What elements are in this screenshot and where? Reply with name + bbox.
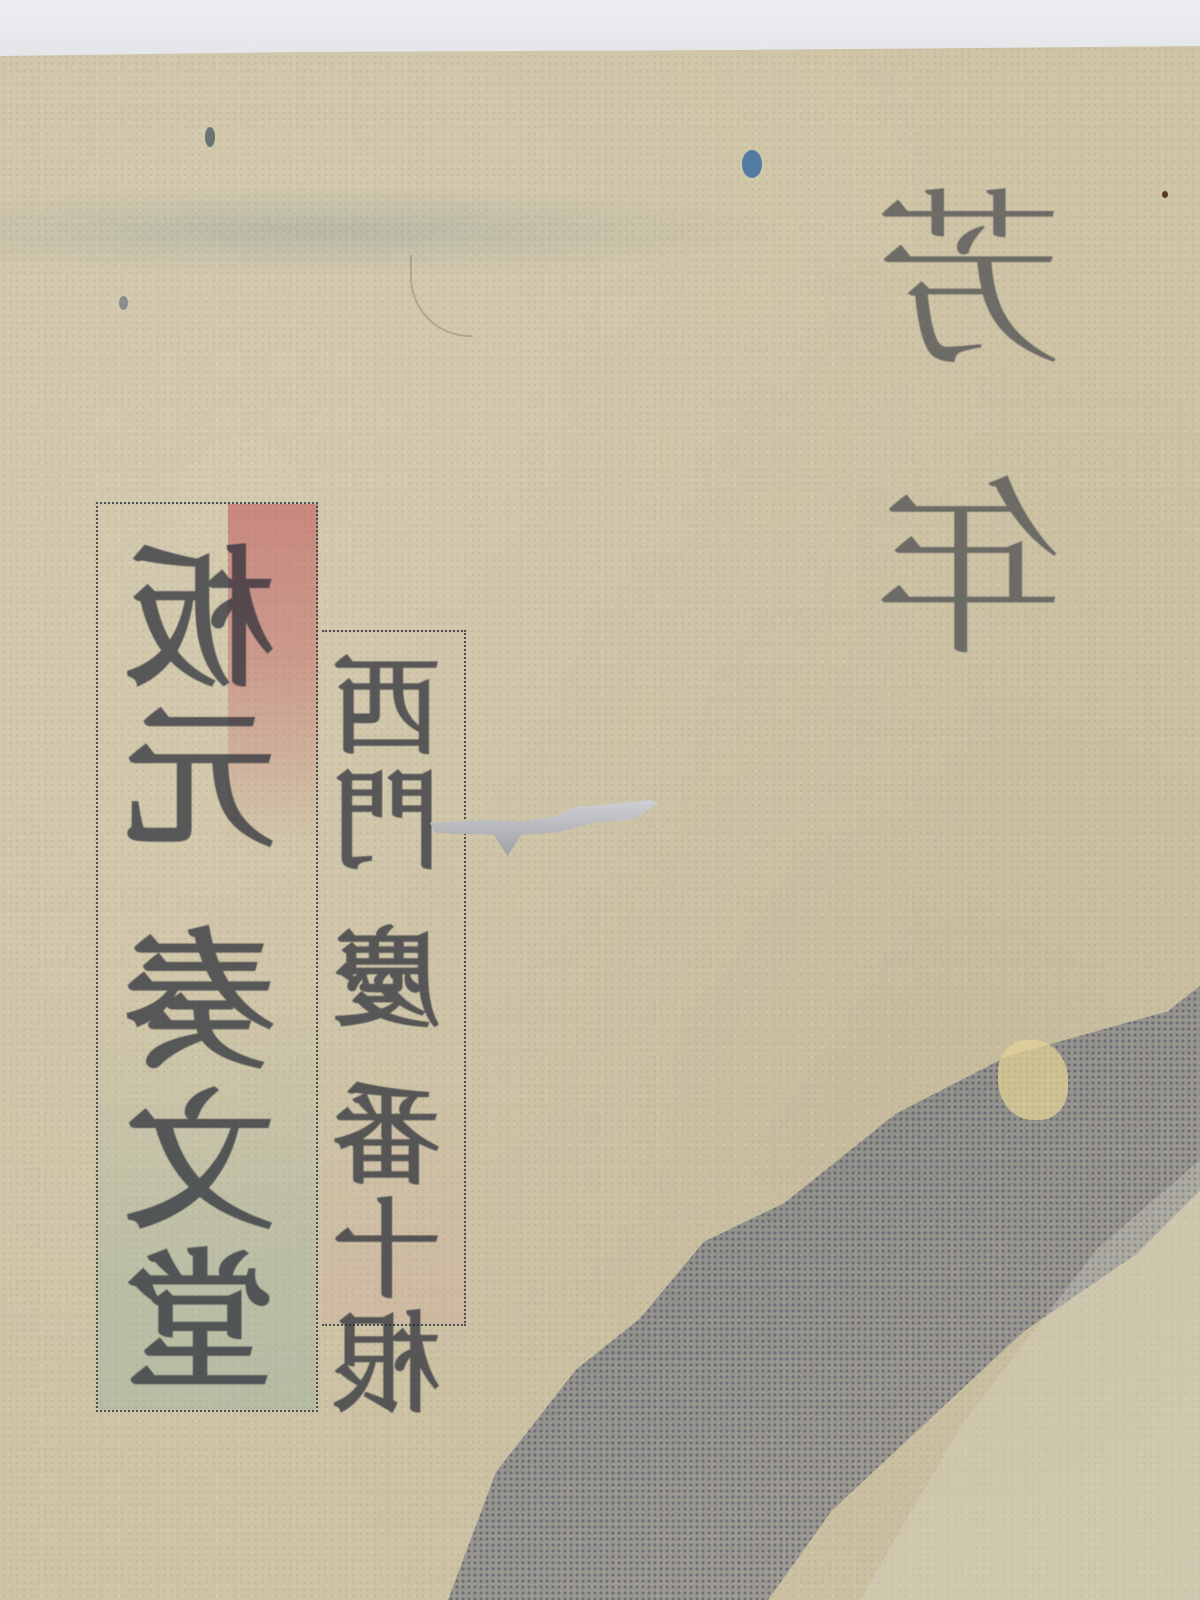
blue-bleed-band: [0, 186, 800, 276]
hole-dot: [119, 296, 128, 310]
artist-signature: 芳 年: [870, 180, 1110, 680]
brown-stain-dot: [205, 127, 215, 147]
figure-hand-patch: [998, 1040, 1068, 1120]
title-text: 西門 慶 番十根: [336, 650, 456, 1421]
brown-spot: [1162, 191, 1168, 198]
blue-stain-dot: [742, 150, 762, 178]
publisher-text: 板元 奏文堂: [128, 540, 298, 1402]
